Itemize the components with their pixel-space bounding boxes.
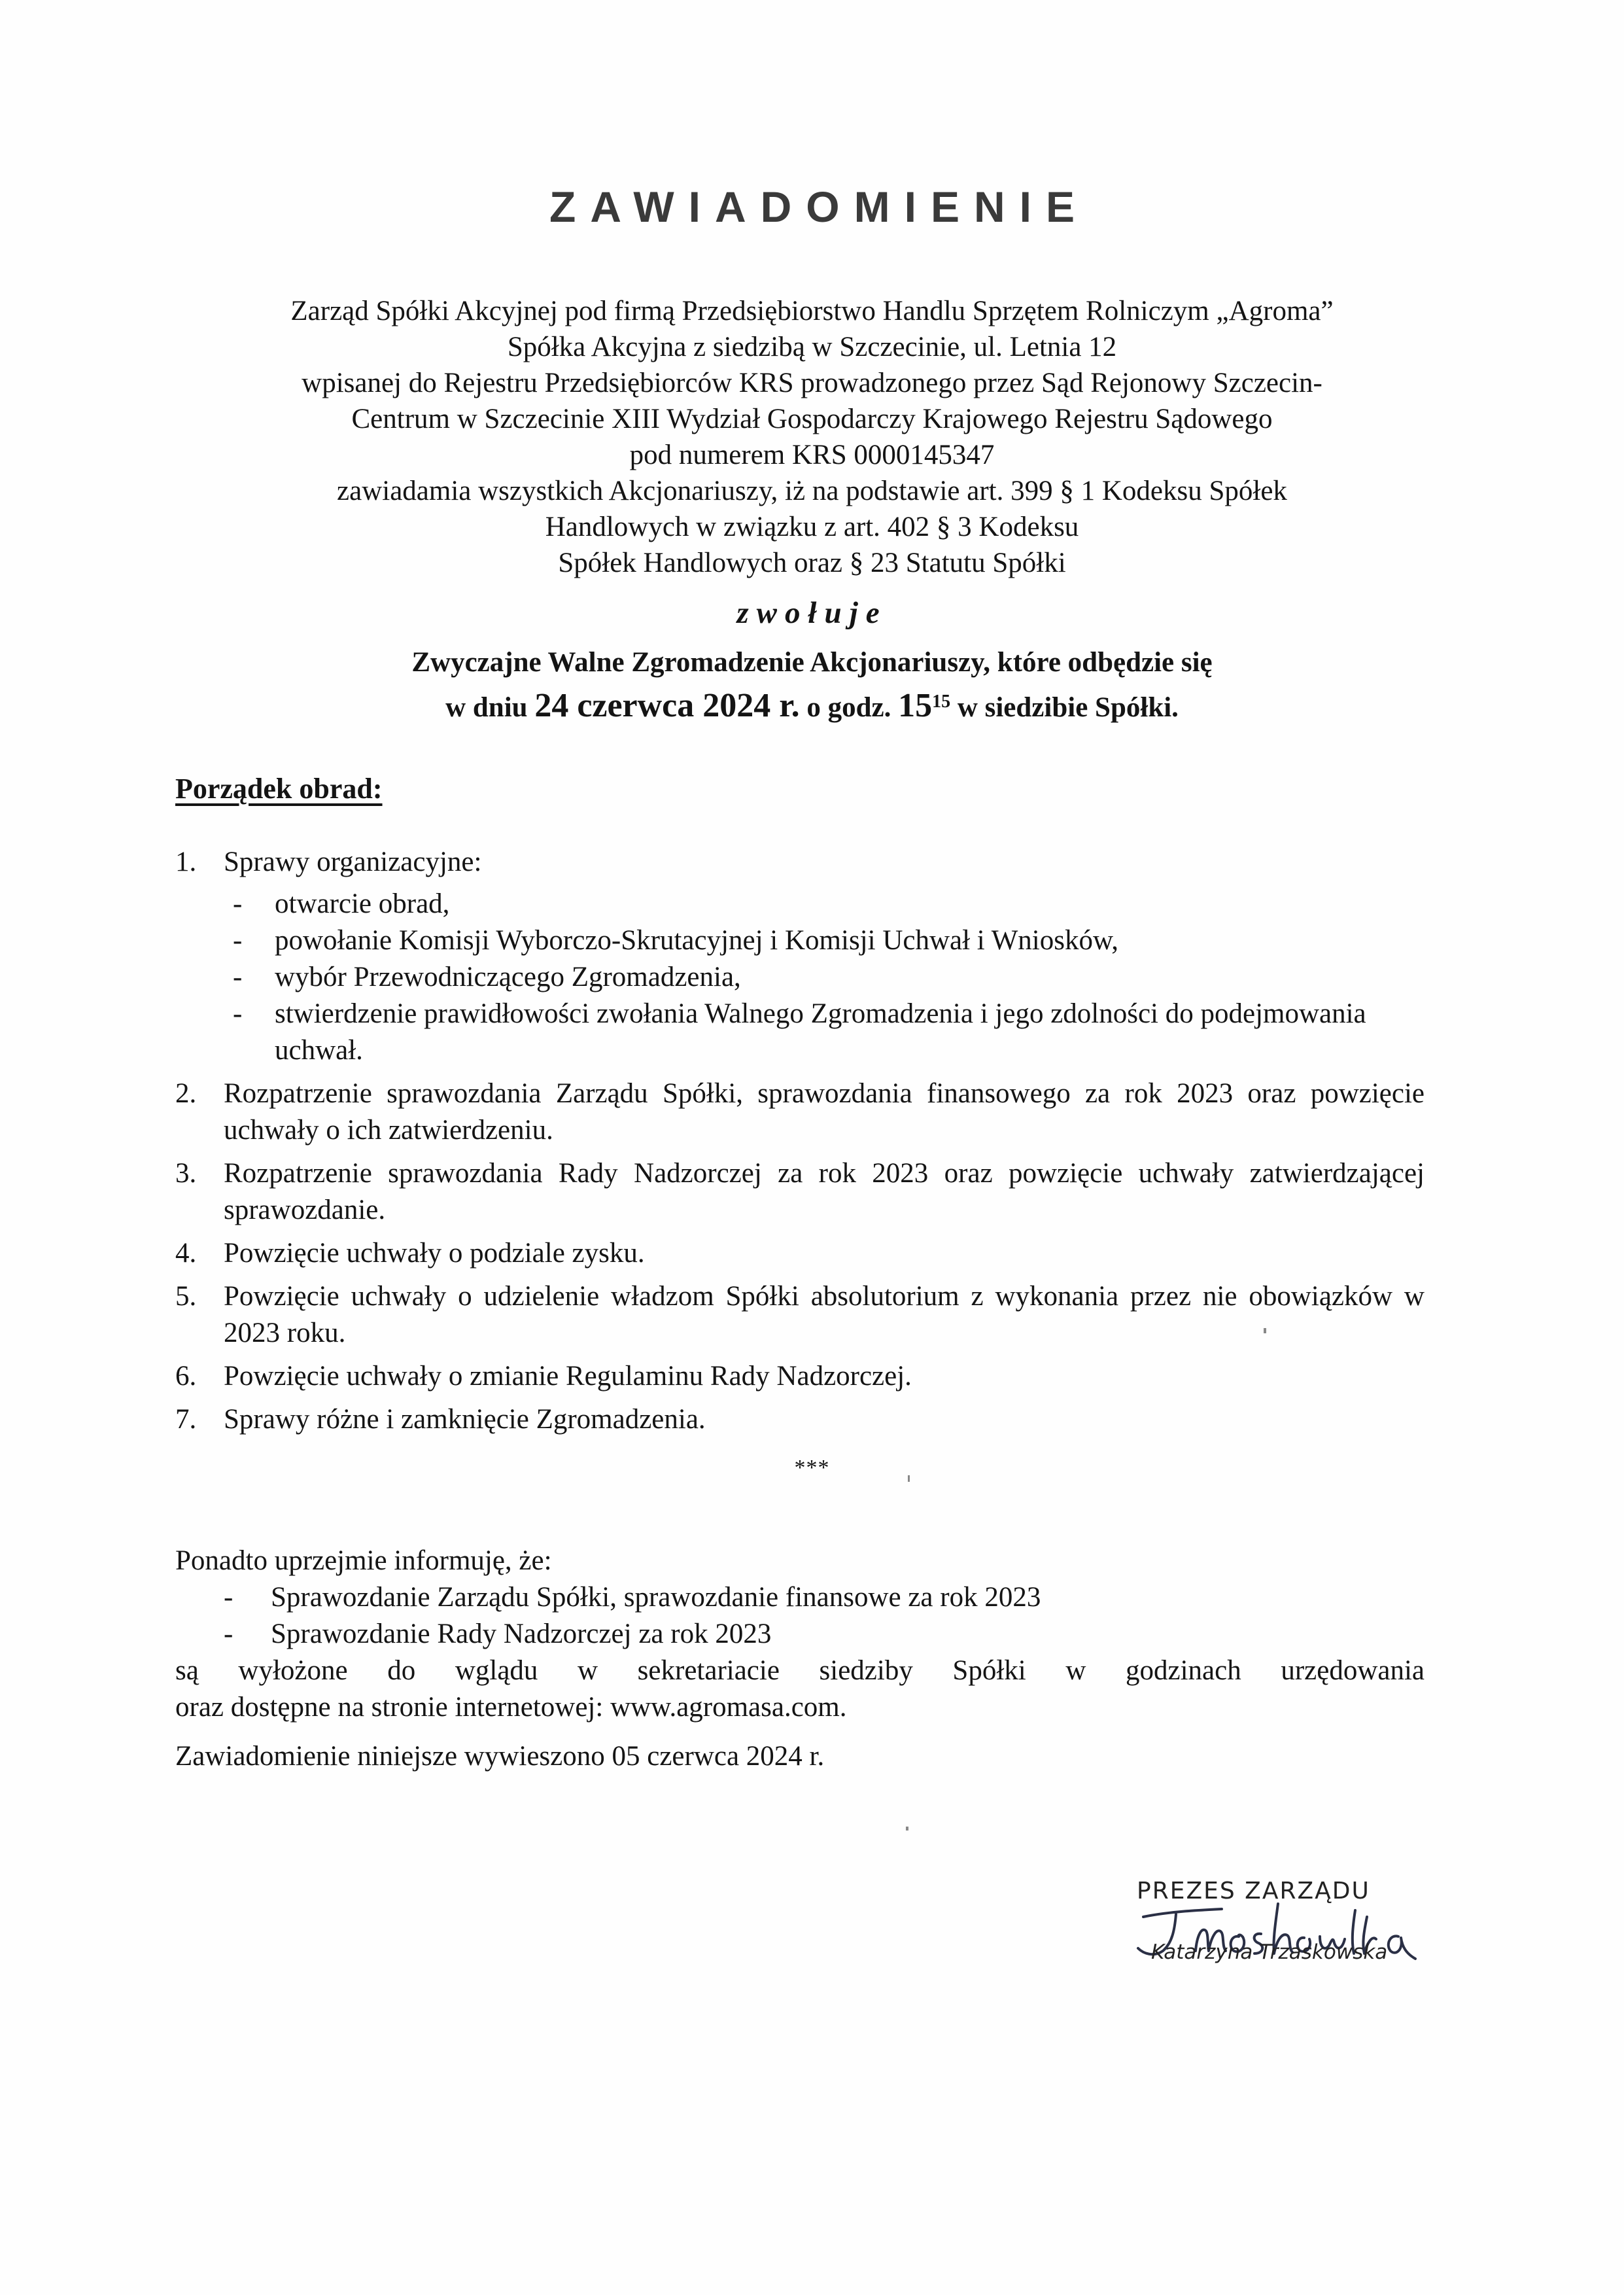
availability-line: są wyłożone do wglądu w sekretariacie si…: [175, 1653, 1425, 1689]
meeting-suffix: w siedzibie Spółki.: [950, 692, 1179, 723]
agenda-item-text: Sprawy organizacyjne:: [224, 847, 481, 877]
intro-line: Handlowych w związku z art. 402 § 3 Kode…: [131, 509, 1493, 545]
agenda-item: 6. Powzięcie uchwały o zmianie Regulamin…: [175, 1358, 1425, 1395]
info-section: Ponadto uprzejmie informuję, że: -Sprawo…: [175, 1543, 1425, 1726]
scan-speck: [906, 1827, 908, 1831]
agenda-list: 1. Sprawy organizacyjne: -otwarcie obrad…: [175, 844, 1425, 1445]
dash-bullet: -: [224, 1579, 233, 1616]
meeting-line-2: w dniu 24 czerwca 2024 r. o godz. 1515 w…: [0, 684, 1624, 729]
intro-paragraph: Zarząd Spółki Akcyjnej pod firmą Przedsi…: [131, 293, 1493, 581]
intro-line: wpisanej do Rejestru Przedsiębiorców KRS…: [131, 365, 1493, 401]
info-bullet: -Sprawozdanie Rady Nadzorczej za rok 202…: [175, 1616, 1425, 1653]
intro-line: Centrum w Szczecinie XIII Wydział Gospod…: [131, 401, 1493, 437]
agenda-item: 1. Sprawy organizacyjne:: [175, 844, 1425, 881]
meeting-date: 24 czerwca 2024 r.: [534, 687, 799, 724]
agenda-item-number: 2.: [175, 1076, 196, 1112]
agenda-subitem: -wybór Przewodniczącego Zgromadzenia,: [175, 959, 1425, 996]
agenda-item-text: Powzięcie uchwały o udzielenie władzom S…: [224, 1281, 1425, 1348]
intro-line: pod numerem KRS 0000145347: [131, 437, 1493, 473]
dash-bullet: -: [233, 996, 242, 1032]
meeting-prefix: w dniu: [445, 692, 534, 723]
dash-bullet: -: [224, 1616, 233, 1653]
document-title: ZAWIADOMIENIE: [0, 182, 1624, 232]
agenda-subitems: -otwarcie obrad, -powołanie Komisji Wybo…: [175, 886, 1425, 1069]
agenda-heading: Porządek obrad:: [175, 772, 383, 805]
availability-line-website: oraz dostępne na stronie internetowej: w…: [175, 1689, 1425, 1726]
agenda-item-number: 3.: [175, 1155, 196, 1192]
agenda-item: 4. Powzięcie uchwały o podziale zysku.: [175, 1235, 1425, 1272]
agenda-item-number: 4.: [175, 1235, 196, 1272]
agenda-subitem: -otwarcie obrad,: [175, 886, 1425, 922]
agenda-subitem-text: stwierdzenie prawidłowości zwołania Waln…: [275, 998, 1366, 1066]
agenda-item-number: 7.: [175, 1401, 196, 1438]
section-separator: ***: [0, 1456, 1624, 1480]
convene-word: zwołuje: [0, 595, 1624, 631]
dash-bullet: -: [233, 922, 242, 959]
meeting-hour: 15: [898, 687, 932, 724]
signature-stamp: PREZES ZARZĄDU Katarzyna Trzaskowska: [1137, 1878, 1477, 1982]
meeting-line-1: Zwyczajne Walne Zgromadzenie Akcjonarius…: [0, 641, 1624, 684]
signatory-name: Katarzyna Trzaskowska: [1151, 1940, 1387, 1964]
scan-speck: [908, 1475, 910, 1482]
agenda-item: 2. Rozpatrzenie sprawozdania Zarządu Spó…: [175, 1076, 1425, 1149]
agenda-item-text: Rozpatrzenie sprawozdania Zarządu Spółki…: [224, 1078, 1425, 1146]
agenda-item: 3. Rozpatrzenie sprawozdania Rady Nadzor…: [175, 1155, 1425, 1229]
agenda-subitem-text: powołanie Komisji Wyborczo-Skrutacyjnej …: [275, 925, 1118, 956]
dash-bullet: -: [233, 959, 242, 996]
agenda-subitem-text: wybór Przewodniczącego Zgromadzenia,: [275, 962, 741, 992]
agenda-subitem: -powołanie Komisji Wyborczo-Skrutacyjnej…: [175, 922, 1425, 959]
agenda-item-number: 6.: [175, 1358, 196, 1395]
agenda-subitem-text: otwarcie obrad,: [275, 888, 449, 919]
meeting-announcement: Zwyczajne Walne Zgromadzenie Akcjonarius…: [0, 641, 1624, 729]
intro-line: zawiadamia wszystkich Akcjonariuszy, iż …: [131, 473, 1493, 509]
agenda-item-number: 1.: [175, 844, 196, 881]
agenda-item: 5. Powzięcie uchwały o udzielenie władzo…: [175, 1278, 1425, 1352]
dash-bullet: -: [233, 886, 242, 922]
agenda-item-text: Powzięcie uchwały o zmianie Regulaminu R…: [224, 1361, 912, 1392]
agenda-subitem: -stwierdzenie prawidłowości zwołania Wal…: [175, 996, 1425, 1069]
scan-speck: [1264, 1328, 1266, 1333]
intro-line: Spółka Akcyjna z siedzibą w Szczecinie, …: [131, 329, 1493, 365]
agenda-item-number: 5.: [175, 1278, 196, 1315]
info-bullet-text: Sprawozdanie Rady Nadzorczej za rok 2023: [271, 1619, 771, 1649]
intro-line: Spółek Handlowych oraz § 23 Statutu Spół…: [131, 545, 1493, 581]
posted-note: Zawiadomienie niniejsze wywieszono 05 cz…: [175, 1740, 824, 1772]
agenda-item-text: Powzięcie uchwały o podziale zysku.: [224, 1238, 645, 1269]
agenda-item: 7. Sprawy różne i zamknięcie Zgromadzeni…: [175, 1401, 1425, 1438]
meeting-minutes: 15: [932, 692, 950, 712]
info-bullet-text: Sprawozdanie Zarządu Spółki, sprawozdani…: [271, 1582, 1041, 1613]
intro-line: Zarząd Spółki Akcyjnej pod firmą Przedsi…: [131, 293, 1493, 329]
meeting-time-prefix: o godz.: [800, 692, 899, 723]
info-intro: Ponadto uprzejmie informuję, że:: [175, 1543, 1425, 1579]
agenda-item-text: Sprawy różne i zamknięcie Zgromadzenia.: [224, 1404, 706, 1435]
info-bullet: -Sprawozdanie Zarządu Spółki, sprawozdan…: [175, 1579, 1425, 1616]
agenda-item-text: Rozpatrzenie sprawozdania Rady Nadzorcze…: [224, 1158, 1425, 1225]
document-page: ZAWIADOMIENIE Zarząd Spółki Akcyjnej pod…: [0, 0, 1624, 2295]
